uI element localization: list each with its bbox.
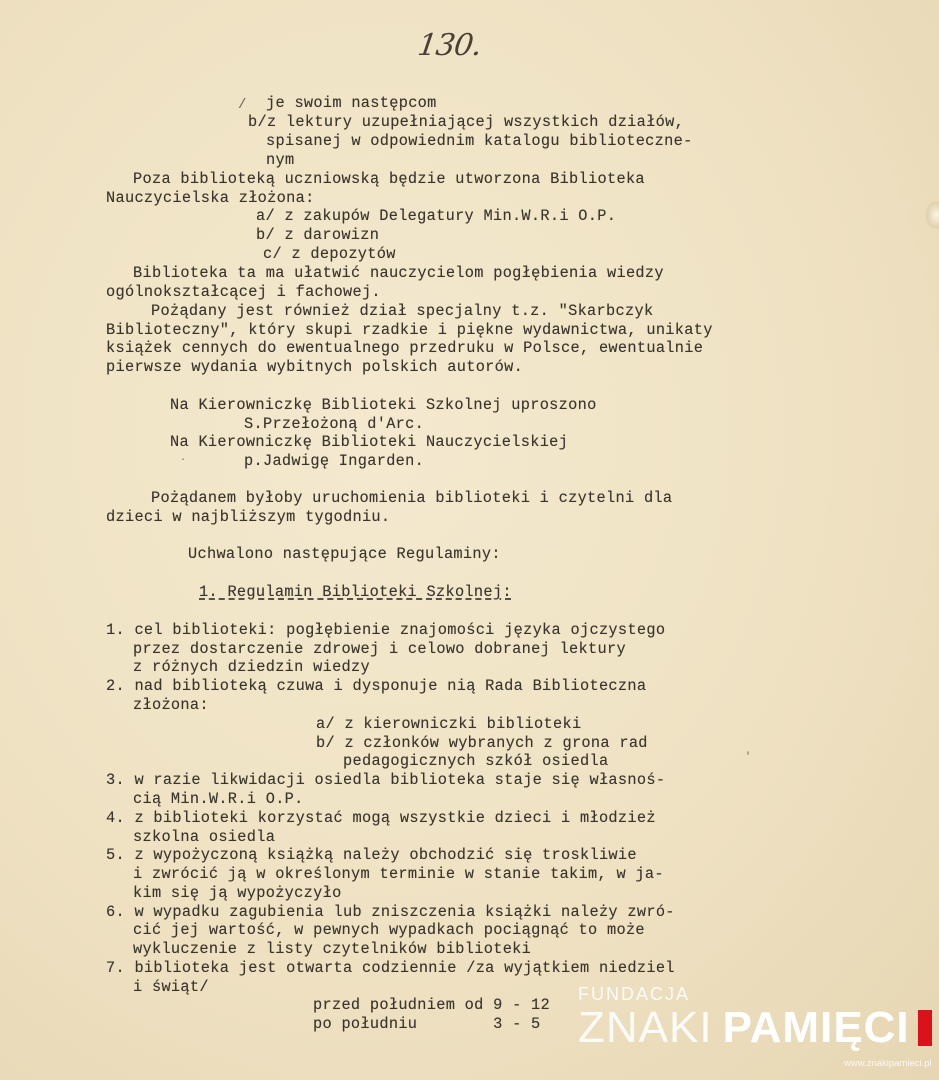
text-line: kim się ją wypożyczyło [133,884,342,902]
watermark-znaki: ZNAKI [578,1003,713,1053]
text-line: b/z lektury uzupełniającej wszystkich dz… [248,113,684,131]
watermark-fundacja: FUNDACJA [578,984,932,1005]
list-item: a/ z zakupów Delegatury Min.W.R.i O.P. [256,207,616,225]
list-item: b/ z członków wybranych z grona rad [316,734,648,752]
text-line: Pożądany jest również dział specjalny t.… [151,302,653,320]
text-line: pierwsze wydania wybitnych polskich auto… [106,358,523,376]
text-line: p.Jadwigę Ingarden. [244,452,424,470]
text-line: i zwrócić ją w określonym terminie w sta… [133,865,664,883]
watermark-pamieci: PAMIĘCI [723,1003,910,1053]
ink-dot: · [180,455,186,466]
rule-item: 7. biblioteka jest otwarta codziennie /z… [106,959,675,977]
ink-mark: ' [745,752,751,763]
text-line: Biblioteka ta ma ułatwić nauczycielom po… [133,264,664,282]
paper-crease [925,200,939,230]
text-line: szkolna osiedla [133,828,275,846]
text-line: nym [266,151,294,169]
text-line: wykluczenie z listy czytelników bibliote… [133,940,531,958]
text-line: pedagogicznych szkół osiedla [343,752,608,770]
text-line: Na Kierowniczkę Biblioteki Szkolnej upro… [170,396,597,414]
watermark-red-bar [918,1010,932,1046]
text-line: cią Min.W.R.i O.P. [133,790,304,808]
rule-item: 1. cel biblioteki: pogłębienie znajomośc… [106,621,665,639]
text-line: S.Przełożoną d'Arc. [244,415,424,433]
text-line: cić jej wartość, w pewnych wypadkach poc… [133,921,645,939]
document-page: 130. / je swoim następcom b/z lektury uz… [0,0,939,1080]
list-item: b/ z darowizn [256,226,379,244]
section-heading: 1. Regulamin Biblioteki Szkolnej: [199,583,512,601]
text-line: Nauczycielska złożona: [106,189,315,207]
text-line: dzieci w najbliższym tygodniu. [106,508,390,526]
watermark-logo: FUNDACJA ZNAKI PAMIĘCI www.znakipamieci.… [578,984,932,1053]
text-line: spisanej w odpowiednim katalogu bibliote… [266,132,693,150]
page-number: 130. [416,28,484,63]
text-line: Biblioteczny", który skupi rzadkie i pię… [106,321,713,339]
text-line: Poza biblioteką uczniowską będzie utworz… [133,170,645,188]
opening-hours-morning: przed południem od 9 - 12 [313,996,550,1014]
text-line: książek cennych do ewentualnego przedruk… [106,339,703,357]
text-line: je swoim następcom [266,94,437,112]
rule-item: 2. nad biblioteką czuwa i dysponuje nią … [106,677,646,695]
text-line: ogólnokształcącej i fachowej. [106,283,381,301]
rule-item: 3. w razie likwidacji osiedla biblioteka… [106,771,665,789]
text-line: Pożądanem byłoby uruchomienia biblioteki… [151,489,672,507]
opening-hours-afternoon: po południu 3 - 5 [313,1015,541,1033]
section-intro: Uchwalono następujące Regulaminy: [188,545,501,563]
text-line: złożona: [133,696,209,714]
text-line: z różnych dziedzin wiedzy [133,658,370,676]
list-item: a/ z kierowniczki biblioteki [316,715,581,733]
text-line: Na Kierowniczkę Biblioteki Nauczycielski… [170,433,568,451]
rule-item: 6. w wypadku zagubienia lub zniszczenia … [106,903,675,921]
text-line: i świąt/ [133,978,209,996]
text-line: przez dostarczenie zdrowej i celowo dobr… [133,640,626,658]
pencil-mark: / [238,97,246,113]
rule-item: 4. z biblioteki korzystać mogą wszystkie… [106,809,656,827]
list-item: c/ z depozytów [263,245,396,263]
rule-item: 5. z wypożyczoną książką należy obchodzi… [106,846,637,864]
watermark-url: www.znakipamieci.pl [844,1058,932,1069]
